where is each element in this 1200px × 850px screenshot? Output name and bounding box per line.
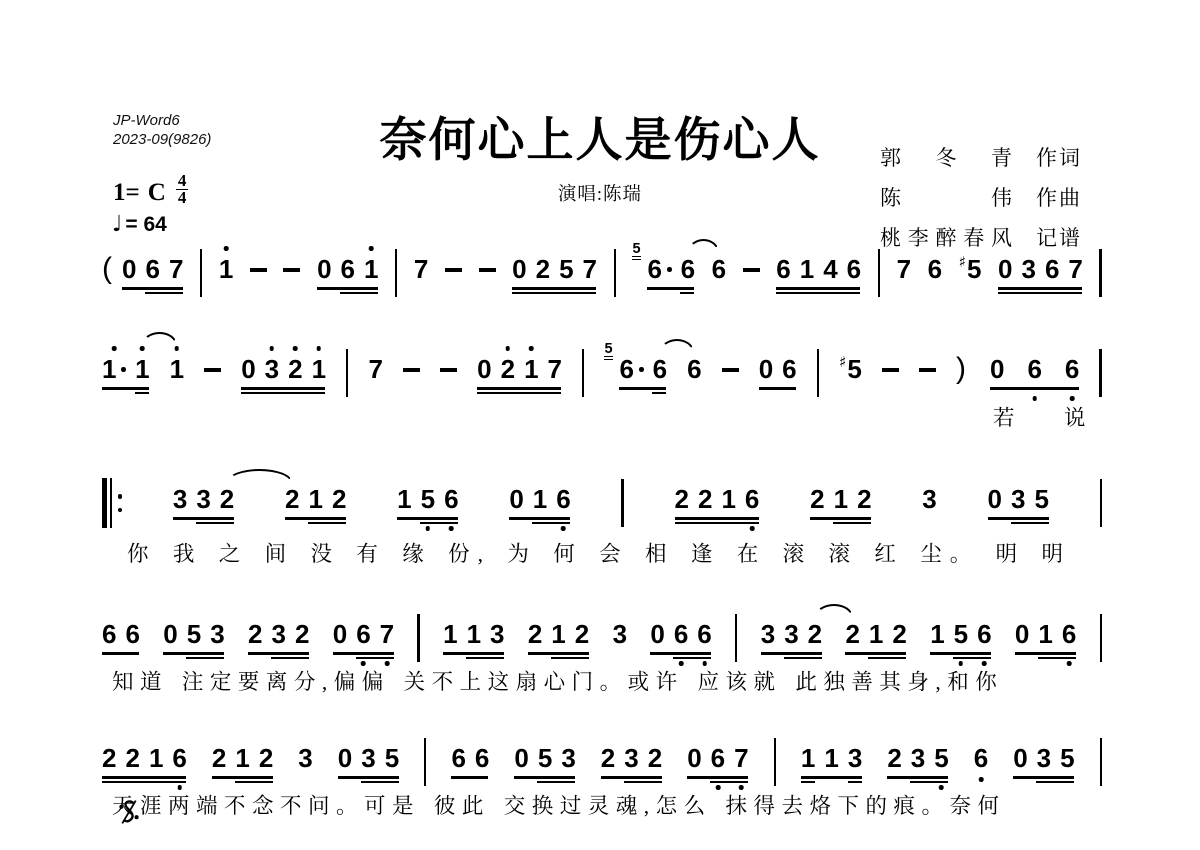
note-group: 66 (102, 619, 140, 649)
octave-dot-high (175, 346, 180, 351)
music-line: 660532320671132123066332212156016 (102, 619, 1102, 662)
beam-line-2 (340, 292, 378, 295)
augmentation-dot (639, 367, 644, 372)
beam-line-2 (1036, 781, 1074, 784)
note: 6 (1065, 354, 1079, 384)
beam-line (451, 776, 488, 779)
note-group: 035 (338, 743, 399, 773)
note: 0 (509, 484, 523, 514)
barline (774, 738, 776, 786)
lyricist-role: 作词 (1036, 142, 1082, 172)
note: 6 (125, 619, 139, 649)
sharp-icon: ♯ (839, 355, 846, 370)
beam-line (122, 287, 183, 290)
note: 2 (295, 619, 309, 649)
note: 3 (761, 619, 775, 649)
note-group: 0217 (477, 354, 562, 384)
note: 6 (928, 254, 942, 284)
note: 2 (125, 743, 139, 773)
beam-line (687, 776, 748, 779)
note: 0 (512, 254, 526, 284)
note: 3 (196, 484, 210, 514)
note: 1 (219, 254, 233, 284)
music-line: 22162123035660532320671132356035 (102, 743, 1102, 786)
beam-line (102, 776, 186, 779)
note: 2 (845, 619, 859, 649)
note: 2 (220, 484, 234, 514)
note-group: 053 (163, 619, 224, 649)
octave-dot-low (426, 526, 431, 531)
note: 0 (990, 354, 1004, 384)
note: 2 (857, 484, 871, 514)
note: 1 (869, 619, 883, 649)
note: 6 (556, 484, 570, 514)
beam-line (241, 387, 325, 390)
beam-line (1015, 652, 1076, 655)
beam-line (619, 387, 666, 390)
note: 6 (782, 354, 796, 384)
barline (1099, 349, 1101, 397)
note: 0 (988, 484, 1002, 514)
beam-line (397, 517, 458, 520)
note-group: 113 (801, 743, 862, 773)
beam-line (248, 652, 309, 655)
note: 0 (317, 254, 331, 284)
barline (1100, 479, 1102, 527)
note-group: 6146 (776, 254, 861, 284)
note: 3 (490, 619, 504, 649)
note: 1 (834, 484, 848, 514)
note: 3 (784, 619, 798, 649)
beam-line (102, 652, 139, 655)
octave-dot-high (140, 346, 145, 351)
barline (417, 614, 419, 662)
note: 6 (1027, 354, 1041, 384)
repeat-dot (118, 508, 123, 513)
beam-line (845, 652, 906, 655)
beam-line-2 (624, 781, 662, 784)
note-group: 156 (397, 484, 458, 514)
note: 1 (533, 484, 547, 514)
note: 1 (170, 354, 184, 384)
beam-line-2 (680, 292, 694, 295)
credit-row-transcriber: 桃李醉春风 记谱 (880, 222, 1082, 252)
repeat-bar-thin (110, 478, 112, 528)
note: 1 (721, 484, 735, 514)
note: 1 (135, 354, 149, 384)
beam-line-2 (235, 781, 273, 784)
beam-line-2 (1038, 657, 1076, 660)
note-group: 067 (333, 619, 394, 649)
note: 6 (711, 743, 725, 773)
octave-dot-low (1067, 661, 1072, 666)
note: 0 (333, 619, 347, 649)
note: 6 (974, 743, 988, 773)
beam-line (810, 517, 871, 520)
note-group: 212 (845, 619, 906, 649)
note: 6 (102, 619, 116, 649)
beam-line-2 (537, 781, 575, 784)
beam-line-2 (953, 657, 991, 660)
beam-line-2 (241, 392, 325, 395)
note: 2 (810, 484, 824, 514)
note: 6 (1062, 619, 1076, 649)
transcriber-role: 记谱 (1036, 222, 1082, 252)
beam-line (601, 776, 662, 779)
octave-dot-high (270, 346, 275, 351)
dash-note (882, 368, 899, 372)
note: 3 (911, 743, 925, 773)
beam-line-2 (271, 657, 309, 660)
beam-line-2 (833, 522, 871, 525)
beam-line-2 (710, 781, 748, 784)
note: 1 (364, 254, 378, 284)
note: 3 (848, 743, 862, 773)
note: 7 (1068, 254, 1082, 284)
note: 2 (102, 743, 116, 773)
repeat-open-sign (102, 478, 122, 528)
note: 5 (934, 743, 948, 773)
note: 0 (241, 354, 255, 384)
beam-line (443, 652, 504, 655)
beam-line (675, 517, 759, 520)
note-group: 332 (761, 619, 822, 649)
note: 1 (443, 619, 457, 649)
note: 6 (356, 619, 370, 649)
note: ♯5 (959, 254, 982, 284)
note: 6 (1045, 254, 1059, 284)
note: 0 (650, 619, 664, 649)
octave-dot-low (1032, 396, 1037, 401)
note: 6 (745, 484, 759, 514)
beam-line (650, 652, 711, 655)
beam-line (990, 387, 1079, 390)
note: 2 (648, 743, 662, 773)
note-group: 212 (528, 619, 589, 649)
beam-line-2 (868, 657, 906, 660)
note: 1 (800, 254, 814, 284)
note: 2 (212, 743, 226, 773)
note: 5 (538, 743, 552, 773)
meter-denominator: 4 (176, 189, 189, 206)
beam-line-2 (361, 781, 399, 784)
note: 6 (475, 743, 489, 773)
note-group: 0321 (241, 354, 326, 384)
grace-note: 5 (632, 241, 640, 257)
beam-line (477, 387, 561, 390)
note: 6 (776, 254, 790, 284)
barline (1100, 614, 1102, 662)
note-group: 212 (810, 484, 871, 514)
repeat-bar-thick (102, 478, 107, 528)
beam-line-2 (512, 292, 596, 295)
note: 2 (528, 619, 542, 649)
beam-line-2 (466, 657, 504, 660)
note: 7 (548, 354, 562, 384)
note-group: 235 (887, 743, 948, 773)
note: 2 (601, 743, 615, 773)
note: 7 (734, 743, 748, 773)
note: 5 (187, 619, 201, 649)
note-group: 11 (102, 354, 150, 384)
music-line: 33221215601622162123035 (102, 484, 1102, 528)
note-group: 566 (604, 354, 667, 384)
parenthesis: ) (956, 354, 966, 384)
octave-dot-high (293, 346, 298, 351)
barline (735, 614, 737, 662)
octave-dot-low (979, 777, 984, 782)
note: 3 (624, 743, 638, 773)
note: 1 (930, 619, 944, 649)
note: 5 (1060, 743, 1074, 773)
note: 7 (380, 619, 394, 649)
barline (395, 249, 397, 297)
dash-note (403, 368, 420, 372)
barline (346, 349, 348, 397)
beam-line-2 (675, 522, 759, 525)
note: 1 (235, 743, 249, 773)
octave-dot-high (224, 246, 229, 251)
beam-line-2 (356, 657, 394, 660)
beam-line (102, 387, 149, 390)
beam-line-2 (673, 657, 711, 660)
beam-line (1013, 776, 1074, 779)
sheet-music-page: JP-Word6 2023-09(9826) 奈何心上人是伤心人 演唱:陈瑞 郭… (0, 0, 1200, 850)
beam-line-2 (848, 781, 862, 784)
barline (1100, 738, 1102, 786)
sharp-icon: ♯ (959, 255, 966, 270)
note-group: 053 (514, 743, 575, 773)
beam-line-2 (784, 657, 822, 660)
music-line: 111032170217566606♯5)066若说 (102, 354, 1102, 397)
octave-dot-high (506, 346, 511, 351)
note: 7 (368, 354, 382, 384)
note: 1 (149, 743, 163, 773)
octave-dot-low (750, 526, 755, 531)
note-group: (067 (102, 254, 183, 284)
beam-line (514, 776, 575, 779)
tempo-marking: ♩ = 64 (112, 212, 167, 237)
note: 6 (620, 354, 644, 384)
transcriber-name: 桃李醉春风 (880, 222, 1012, 252)
note: 3 (561, 743, 575, 773)
lyrics-line-2: 知道 注定要离分,偏偏 关不上这扇心门。或许 应该就 此独善其身,和你 (112, 665, 1003, 696)
octave-dot-low (449, 526, 454, 531)
beam-line-2 (998, 292, 1082, 295)
note: 0 (1013, 743, 1027, 773)
note: 0 (759, 354, 773, 384)
note: 1 (397, 484, 411, 514)
note-group: 66 (451, 743, 489, 773)
note-group: 332 (173, 484, 234, 514)
note: 2 (332, 484, 346, 514)
note: 5 (1034, 484, 1048, 514)
lyrics-line-1: 你 我 之 间 没 有 缘 份, 为 何 会 相 逢 在 滚 滚 红 尘。 明 … (127, 537, 1071, 568)
beam-line-2 (135, 392, 149, 395)
grace-note: 5 (604, 341, 612, 357)
note: 6 (653, 354, 667, 384)
beam-line-2 (1011, 522, 1049, 525)
note: 6 (712, 254, 726, 284)
note: 3 (1021, 254, 1035, 284)
note: 5 (559, 254, 573, 284)
credit-row-composer: 陈伟 作曲 (880, 182, 1082, 212)
beam-line (509, 517, 570, 520)
repeat-dot (118, 494, 123, 499)
beam-line-2 (102, 781, 186, 784)
beam-line-2 (186, 657, 224, 660)
parenthesis: ( (102, 254, 112, 284)
note: 3 (271, 619, 285, 649)
note: 2 (698, 484, 712, 514)
dash-note (722, 368, 739, 372)
grace-beam (632, 259, 640, 260)
note: 0 (687, 743, 701, 773)
dash-note (283, 268, 300, 272)
barline (621, 479, 623, 527)
note-group: 035 (988, 484, 1049, 514)
note-group: 066 (650, 619, 711, 649)
note: 0 (998, 254, 1012, 284)
key-letter: C (148, 179, 166, 207)
beam-line (930, 652, 991, 655)
dash-note (743, 268, 760, 272)
quarter-note-icon: ♩ (112, 212, 122, 237)
note: 6 (172, 743, 186, 773)
note: 6 (977, 619, 991, 649)
note: 2 (501, 354, 515, 384)
note: 7 (414, 254, 428, 284)
beam-line-2 (145, 292, 183, 295)
note: 3 (298, 743, 312, 773)
note: 2 (887, 743, 901, 773)
note-group: 232 (601, 743, 662, 773)
octave-dot-low (1070, 396, 1075, 401)
note: 0 (477, 354, 491, 384)
beam-line (998, 287, 1082, 290)
note: 1 (1038, 619, 1052, 649)
grace-beam (604, 359, 612, 360)
note-group: 016 (1015, 619, 1076, 649)
note: 2 (675, 484, 689, 514)
note-group: 0367 (998, 254, 1083, 284)
slur-arc (227, 469, 292, 482)
grace-beam (604, 356, 612, 357)
beam-line (512, 287, 596, 290)
tempo-value: = 64 (125, 213, 166, 237)
note: 2 (808, 619, 822, 649)
beam-line (317, 287, 378, 290)
barline (614, 249, 616, 297)
note: 0 (1015, 619, 1029, 649)
augmentation-dot (667, 267, 672, 272)
note: 3 (361, 743, 375, 773)
note-group: 212 (285, 484, 346, 514)
note: 6 (687, 354, 701, 384)
dash-note (440, 368, 457, 372)
note: 6 (451, 743, 465, 773)
beam-line (285, 517, 346, 520)
barline (878, 249, 880, 297)
beam-line-2 (551, 657, 589, 660)
lyricist-name: 郭冬青 (880, 142, 1012, 172)
note-group: 2216 (675, 484, 760, 514)
octave-dot-high (529, 346, 534, 351)
beam-line (988, 517, 1049, 520)
note: 6 (674, 619, 688, 649)
note: 7 (169, 254, 183, 284)
note: 0 (514, 743, 528, 773)
note: 3 (1037, 743, 1051, 773)
note: 2 (259, 743, 273, 773)
dash-note (919, 368, 936, 372)
note: 1 (312, 354, 326, 384)
beam-line (759, 387, 796, 390)
note: 2 (248, 619, 262, 649)
note-group: 212 (212, 743, 273, 773)
credits: 郭冬青 作词 陈伟 作曲 桃李醉春风 记谱 (880, 142, 1082, 262)
note-group: 067 (687, 743, 748, 773)
note: 6 (648, 254, 672, 284)
beam-line (528, 652, 589, 655)
note-group: 113 (443, 619, 504, 649)
note: 1 (551, 619, 565, 649)
note: 6 (145, 254, 159, 284)
note: 7 (897, 254, 911, 284)
note: 3 (173, 484, 187, 514)
note: 1 (102, 354, 126, 384)
time-signature: 4 4 (176, 173, 189, 206)
beam-line-2 (910, 781, 948, 784)
octave-dot-high (317, 346, 322, 351)
composer-name: 陈伟 (880, 182, 1012, 212)
beam-line (647, 287, 694, 290)
note-group: 156 (930, 619, 991, 649)
beam-line (776, 287, 860, 290)
note: 2 (575, 619, 589, 649)
dash-note (479, 268, 496, 272)
music-line: (0671061702575666614676♯50367 (102, 254, 1102, 297)
note: 6 (847, 254, 861, 284)
segno-icon (118, 799, 140, 830)
note-group: 2216 (102, 743, 187, 773)
beam-line-2 (652, 392, 666, 395)
note: 1 (308, 484, 322, 514)
beam-line-2 (776, 292, 860, 295)
grace-beam (632, 256, 640, 257)
dash-note (250, 268, 267, 272)
lyric-syllables: 若说 (993, 401, 1085, 432)
note: 3 (922, 484, 936, 514)
note-group: 06 (759, 354, 797, 384)
note: 0 (163, 619, 177, 649)
barline (200, 249, 202, 297)
beam-line (338, 776, 399, 779)
slur-arc (660, 339, 695, 352)
note: 6 (697, 619, 711, 649)
note: 3 (613, 619, 627, 649)
beam-line (163, 652, 224, 655)
barline (817, 349, 819, 397)
composer-role: 作曲 (1036, 182, 1082, 212)
slur-arc (815, 604, 853, 617)
octave-dot-low (561, 526, 566, 531)
augmentation-dot (121, 367, 126, 372)
beam-line-2 (308, 522, 346, 525)
slur-arc (142, 332, 177, 345)
note: 6 (444, 484, 458, 514)
note: 6 (681, 254, 695, 284)
